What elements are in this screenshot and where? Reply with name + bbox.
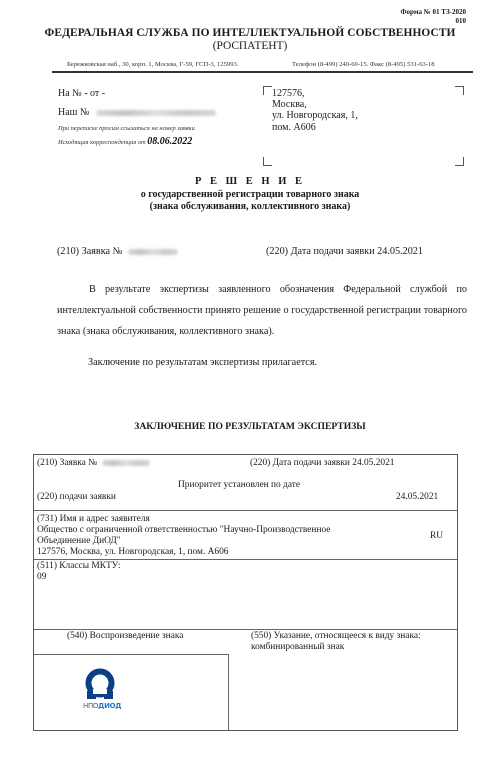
trademark-logo: НПОДИОД (80, 667, 120, 717)
redacted-application-number (128, 249, 178, 255)
header-rule (52, 71, 473, 73)
recipient-address: 127576, Москва, ул. Новгородская, 1, пом… (272, 88, 358, 133)
conclusion-title: ЗАКЛЮЧЕНИЕ ПО РЕЗУЛЬТАТАМ ЭКСПЕРТИЗЫ (0, 421, 500, 432)
address-corner-top-left (263, 86, 272, 95)
priority-date: 24.05.2021 (396, 492, 438, 503)
applicant-name-2: Объединение ДиОД" (37, 536, 121, 547)
form-code: 010 (456, 17, 467, 26)
conclusion-application-label: (210) Заявка № (37, 458, 97, 468)
outgoing-label: Исходящая корреспонденция от (58, 139, 146, 146)
form-number: Форма № 01 ТЗ-2020 (401, 8, 467, 17)
agency-name: ФЕДЕРАЛЬНАЯ СЛУЖБА ПО ИНТЕЛЛЕКТУАЛЬНОЙ С… (0, 27, 500, 39)
priority-label: Приоритет установлен по дате (178, 480, 300, 491)
priority-field: (220) подачи заявки (37, 492, 116, 503)
our-reference-label: Наш № (58, 107, 89, 118)
recipient-line: пом. А606 (272, 122, 358, 133)
applicant-name-1: Общество с ограниченной ответственностью… (37, 525, 330, 536)
applicant-country: RU (430, 531, 443, 542)
logo-text-right: ДИОД (98, 702, 121, 710)
recipient-line: ул. Новгородская, 1, (272, 110, 358, 121)
agency-address: Бережковская наб., 30, корп. 1, Москва, … (67, 61, 238, 68)
attachment-note: Заключение по результатам экспертизы при… (88, 357, 317, 368)
application-label: (210) Заявка № (57, 246, 122, 257)
decision-title: Р Е Ш Е Н И Е (0, 176, 500, 187)
agency-short-name: (РОСПАТЕНТ) (0, 40, 500, 52)
decision-body: В результате экспертизы заявленного обоз… (57, 279, 467, 342)
filing-date: (220) Дата подачи заявки 24.05.2021 (266, 246, 423, 257)
mark-type-value: комбинированный знак (251, 642, 344, 653)
conclusion-application: (210) Заявка № (37, 458, 150, 469)
correspondence-note: При переписке просим ссылаться на номер … (58, 125, 195, 132)
recipient-line: 127576, (272, 88, 358, 99)
mark-type-label: (550) Указание, относящееся к виду знака… (251, 631, 421, 642)
address-corner-top-right (455, 86, 464, 95)
recipient-line: Москва, (272, 99, 358, 110)
your-reference: На № - от - (58, 88, 105, 99)
address-corner-bottom-right (455, 157, 464, 166)
decision-subtitle-2: (знака обслуживания, коллективного знака… (0, 201, 500, 213)
outgoing-date: 08.06.2022 (147, 136, 192, 147)
row-divider (34, 559, 457, 560)
applicant-address: 127576, Москва, ул. Новгородская, 1, пом… (37, 547, 229, 558)
applicant-label: (731) Имя и адрес заявителя (37, 514, 150, 525)
outgoing-correspondence: Исходящая корреспонденция от 08.06.2022 (58, 136, 192, 147)
conclusion-filing-date: (220) Дата подачи заявки 24.05.2021 (250, 458, 394, 469)
nice-classes-value: 09 (37, 572, 46, 583)
redacted-application-number (102, 460, 150, 466)
agency-phones: Телефон (8-499) 240-60-15. Факс (8-495) … (292, 61, 435, 68)
row-divider (34, 510, 457, 511)
logo-text-left: НПО (83, 702, 98, 710)
address-corner-bottom-left (263, 157, 272, 166)
nice-classes-label: (511) Классы МКТУ: (37, 561, 121, 572)
our-reference: Наш № (58, 107, 216, 118)
redacted-our-reference (96, 110, 216, 116)
decision-subtitle-1: о государственной регистрации товарного … (0, 189, 500, 201)
row-divider (34, 629, 457, 630)
mark-image-box (34, 654, 229, 730)
mark-reproduction-label: (540) Воспроизведение знака (67, 631, 183, 642)
logo-text: НПОДИОД (83, 702, 121, 710)
application-number: (210) Заявка № (57, 246, 178, 257)
